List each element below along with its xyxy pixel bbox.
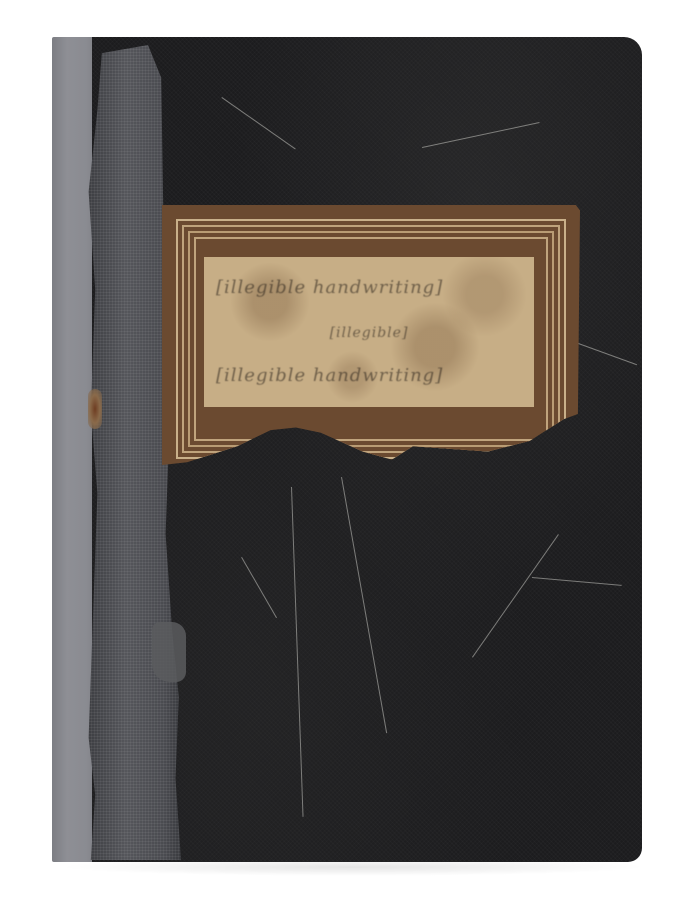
worn-patch bbox=[152, 622, 186, 682]
label-handwriting-line-1: [illegible handwriting] bbox=[204, 277, 546, 298]
cover-crack bbox=[341, 477, 387, 733]
notebook: [illegible handwriting] [illegible] [ill… bbox=[52, 37, 642, 862]
label-handwriting-line-2: [illegible] bbox=[204, 325, 534, 341]
cover-crack bbox=[291, 487, 304, 817]
cover-crack bbox=[472, 534, 559, 657]
label-handwriting-line-3: [illegible handwriting] bbox=[204, 365, 546, 386]
cover-crack bbox=[532, 577, 622, 586]
cover-label: [illegible handwriting] [illegible] [ill… bbox=[162, 205, 580, 473]
cover-crack bbox=[241, 557, 277, 618]
rust-stain bbox=[88, 389, 102, 429]
label-writing-area: [illegible handwriting] [illegible] [ill… bbox=[204, 257, 534, 407]
cover-crack bbox=[422, 122, 540, 148]
cover-crack bbox=[221, 97, 295, 149]
